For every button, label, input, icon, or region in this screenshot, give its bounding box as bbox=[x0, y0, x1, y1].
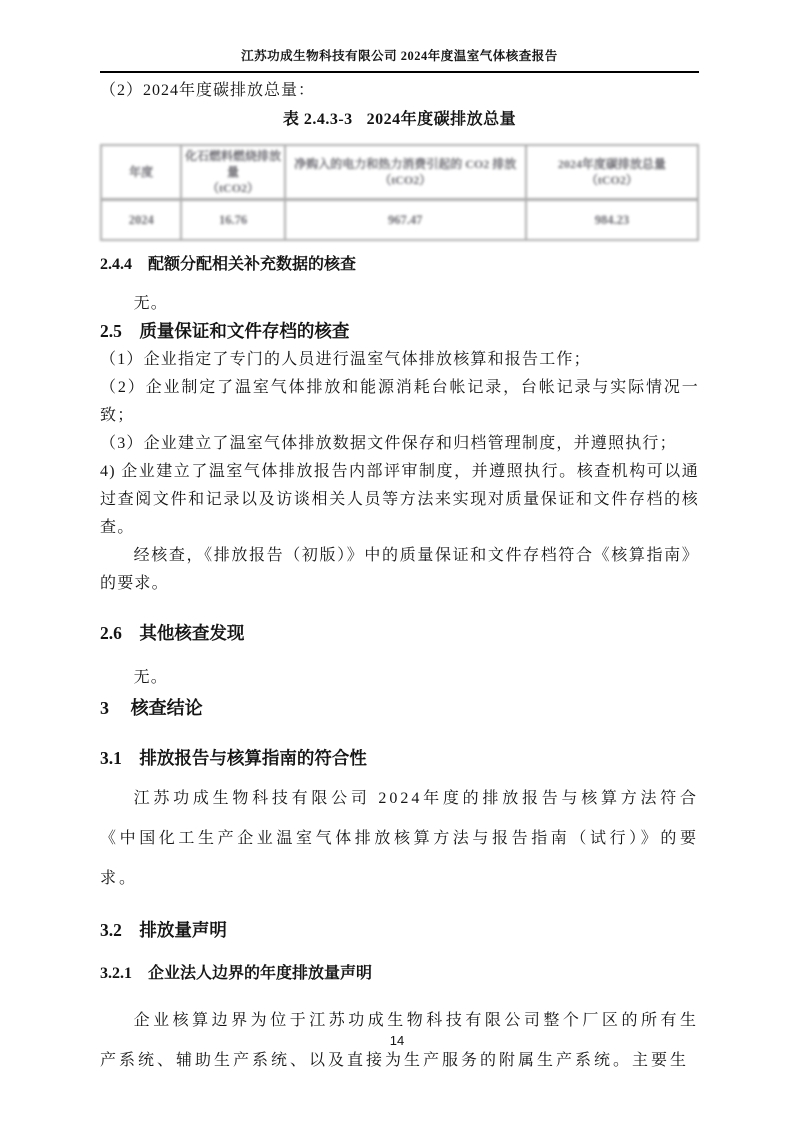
heading-number: 3.1 bbox=[100, 748, 122, 768]
col-header-purchased-electricity-heat: 净购入的电力和热力消费引起的 CO2 排放（tCO2） bbox=[285, 145, 526, 200]
section-heading-3-1: 3.1排放报告与核算指南的符合性 bbox=[100, 746, 699, 770]
paragraph-none-2-4-4: 无。 bbox=[100, 291, 699, 317]
paragraph-compliance-statement: 江苏功成生物科技有限公司 2024年度的排放报告与核算方法符合《中国化工生产企业… bbox=[100, 779, 699, 899]
emissions-table: 年度 化石燃料燃烧排放量（tCO2） 净购入的电力和热力消费引起的 CO2 排放… bbox=[100, 144, 699, 241]
col-header-year: 年度 bbox=[101, 145, 181, 200]
heading-number: 2.5 bbox=[100, 321, 122, 341]
heading-number: 2.6 bbox=[100, 623, 122, 643]
list-item-1: （1）企业指定了专门的人员进行温室气体排放核算和报告工作； bbox=[100, 346, 699, 374]
table-caption: 表 2.4.3-32024年度碳排放总量 bbox=[100, 109, 699, 131]
table-caption-label: 表 2.4.3-3 bbox=[283, 111, 353, 128]
intro-line: （2）2024年度碳排放总量： bbox=[100, 80, 699, 102]
section-heading-2-6: 2.6其他核查发现 bbox=[100, 621, 699, 645]
section-heading-3-2-1: 3.2.1企业法人边界的年度排放量声明 bbox=[100, 963, 699, 985]
heading-title: 质量保证和文件存档的核查 bbox=[139, 321, 349, 341]
heading-number: 3 bbox=[100, 698, 109, 718]
heading-title: 其他核查发现 bbox=[139, 623, 244, 643]
section-heading-3-2: 3.2排放量声明 bbox=[100, 918, 699, 942]
table-data-row: 2024 16.76 967.47 984.23 bbox=[101, 200, 698, 241]
qa-findings-list: （1）企业指定了专门的人员进行温室气体排放核算和报告工作； （2）企业制定了温室… bbox=[100, 346, 699, 598]
heading-number: 3.2 bbox=[100, 920, 122, 940]
list-item-2: （2）企业制定了温室气体排放和能源消耗台帐记录，台帐记录与实际情况一致； bbox=[100, 374, 699, 430]
section-heading-2-5: 2.5质量保证和文件存档的核查 bbox=[100, 319, 699, 343]
running-header: 江苏功成生物科技有限公司 2024年度温室气体核查报告 bbox=[100, 48, 699, 73]
section-heading-3: 3核查结论 bbox=[100, 695, 699, 721]
paragraph-qa-conclusion: 经核查，《排放报告（初版）》中的质量保证和文件存档符合《核算指南》的要求。 bbox=[100, 542, 699, 598]
heading-title: 配额分配相关补充数据的核查 bbox=[148, 256, 356, 273]
heading-number: 3.2.1 bbox=[100, 965, 132, 982]
list-item-4: 4) 企业建立了温室气体排放报告内部评审制度，并遵照执行。核查机构可以通过查阅文… bbox=[100, 458, 699, 542]
cell-electricity-emissions: 967.47 bbox=[285, 200, 526, 241]
table-header-row: 年度 化石燃料燃烧排放量（tCO2） 净购入的电力和热力消费引起的 CO2 排放… bbox=[101, 145, 698, 200]
paragraph-none-2-6: 无。 bbox=[100, 665, 699, 691]
page-number: 14 bbox=[0, 1033, 794, 1048]
document-page: 江苏功成生物科技有限公司 2024年度温室气体核查报告 （2）2024年度碳排放… bbox=[0, 0, 794, 1123]
list-item-3: （3）企业建立了温室气体排放数据文件保存和归档管理制度，并遵照执行； bbox=[100, 430, 699, 458]
cell-fossil-emissions: 16.76 bbox=[181, 200, 284, 241]
table-caption-title: 2024年度碳排放总量 bbox=[367, 111, 517, 128]
heading-title: 企业法人边界的年度排放量声明 bbox=[148, 965, 372, 982]
cell-year: 2024 bbox=[101, 200, 181, 241]
heading-title: 核查结论 bbox=[131, 698, 203, 718]
col-header-annual-total: 2024年度碳排放总量（tCO2） bbox=[526, 145, 698, 200]
heading-number: 2.4.4 bbox=[100, 256, 132, 273]
heading-title: 排放报告与核算指南的符合性 bbox=[139, 748, 367, 768]
emissions-table-image: 年度 化石燃料燃烧排放量（tCO2） 净购入的电力和热力消费引起的 CO2 排放… bbox=[100, 144, 699, 241]
col-header-fossil-fuel: 化石燃料燃烧排放量（tCO2） bbox=[181, 145, 284, 200]
heading-title: 排放量声明 bbox=[139, 920, 227, 940]
section-heading-2-4-4: 2.4.4配额分配相关补充数据的核查 bbox=[100, 254, 699, 276]
cell-total-emissions: 984.23 bbox=[526, 200, 698, 241]
